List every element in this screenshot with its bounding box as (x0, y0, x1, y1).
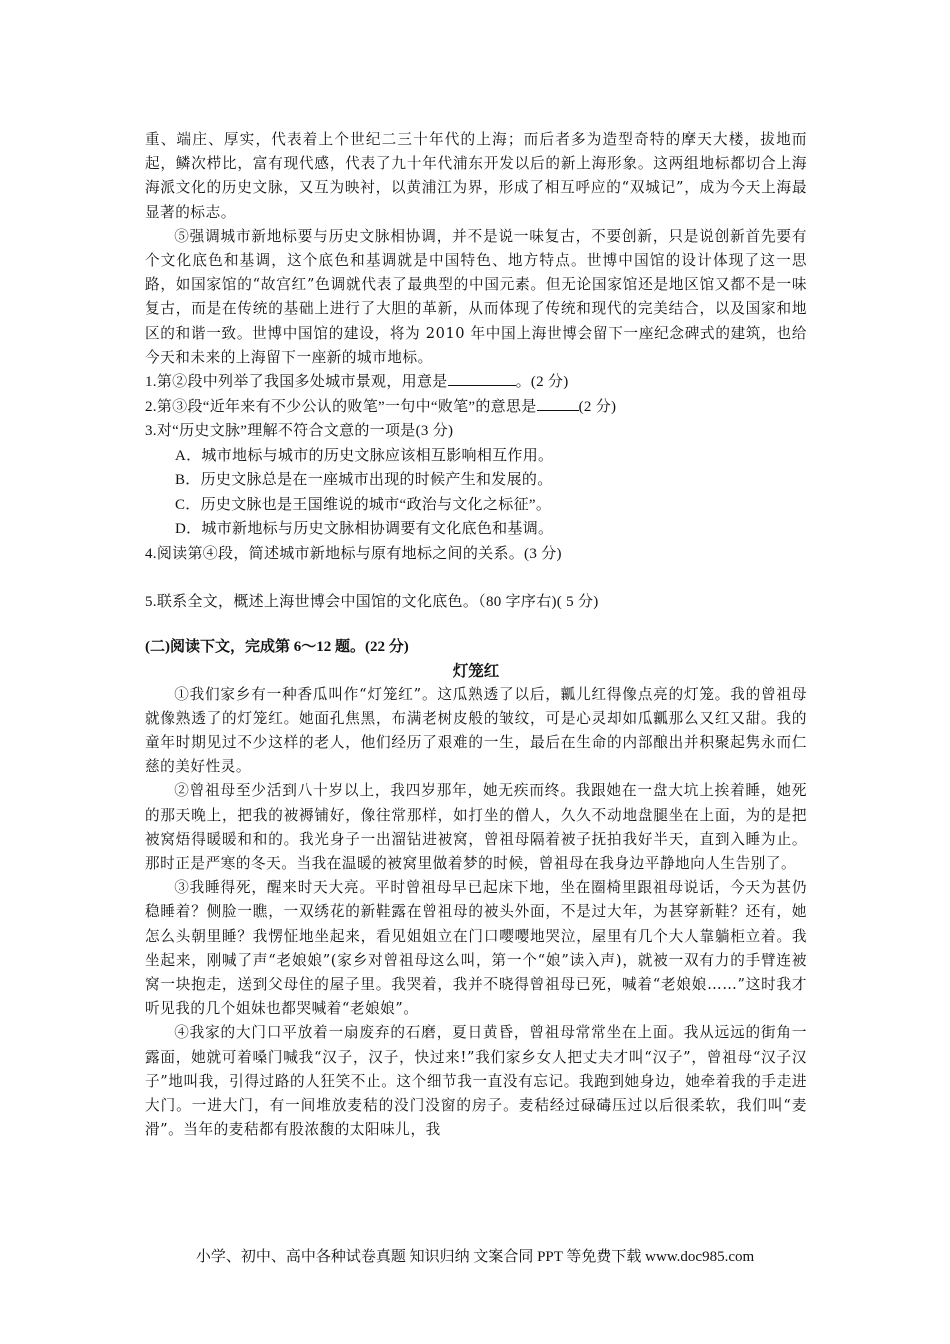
question-3-option-b: B．历史文脉总是在一座城市出现的时候产生和发展的。 (145, 468, 807, 493)
question-1-points: 。(2 分) (516, 374, 569, 390)
question-3: 3.对“历史文脉”理解不符合文意的一项是(3 分) (145, 419, 807, 444)
answer-blank-1[interactable] (448, 371, 516, 386)
passage-paragraph-continued: 重、端庄、厚实，代表着上个世纪二三十年代的上海；而后者多为造型奇特的摩天大楼，拔… (145, 128, 807, 225)
article-paragraph-4: ④我家的大门口平放着一扇废弃的石磨，夏日黄昏，曾祖母常常坐在上面。我从远远的街角… (145, 1021, 807, 1142)
question-2: 2.第③段“近年来有不少公认的败笔”一句中“败笔”的意思是(2 分) (145, 395, 807, 420)
article-paragraph-1: ①我们家乡有一种香瓜叫作“灯笼红”。这瓜熟透了以后，瓤儿红得像点亮的灯笼。我的曾… (145, 683, 807, 780)
question-2-text: 2.第③段“近年来有不少公认的败笔”一句中“败笔”的意思是 (145, 399, 537, 415)
answer-blank-2[interactable] (537, 396, 579, 411)
question-4: 4.阅读第④段，简述城市新地标与原有地标之间的关系。(3 分) (145, 542, 807, 567)
answer-space-4 (145, 566, 807, 590)
document-page: 重、端庄、厚实，代表着上个世纪二三十年代的上海；而后者多为造型奇特的摩天大楼，拔… (145, 128, 807, 1142)
article-title: 灯笼红 (145, 659, 807, 683)
question-3-option-d: D．城市新地标与历史文脉相协调要有文化底色和基调。 (145, 517, 807, 542)
question-3-option-c: C．历史文脉也是王国维说的城市“政治与文化之标征”。 (145, 493, 807, 518)
section-heading: (二)阅读下文，完成第 6～12 题。(22 分) (145, 635, 807, 659)
article-paragraph-2: ②曾祖母至少活到八十岁以上，我四岁那年，她无疾而终。我跟她在一盘大坑上挨着睡，她… (145, 779, 807, 876)
passage-paragraph-5: ⑤强调城市新地标要与历史文脉相协调，并不是说一味复古，不要创新，只是说创新首先要… (145, 225, 807, 370)
page-footer: 小学、初中、高中各种试卷真题 知识归纳 文案合同 PPT 等免费下载 www.d… (0, 1245, 950, 1266)
answer-space-5 (145, 615, 807, 635)
question-3-option-a: A．城市地标与城市的历史文脉应该相互影响相互作用。 (145, 444, 807, 469)
question-1-text: 1.第②段中列举了我国多处城市景观，用意是 (145, 374, 448, 390)
question-5: 5.联系全文，概述上海世博会中国馆的文化底色。（80 字序右)( 5 分) (145, 590, 807, 615)
question-2-points: (2 分) (579, 399, 617, 415)
article-paragraph-3: ③我睡得死，醒来时天大亮。平时曾祖母早已起床下地，坐在圈椅里跟祖母说话，今天为甚… (145, 876, 807, 1021)
question-1: 1.第②段中列举了我国多处城市景观，用意是。(2 分) (145, 370, 807, 395)
